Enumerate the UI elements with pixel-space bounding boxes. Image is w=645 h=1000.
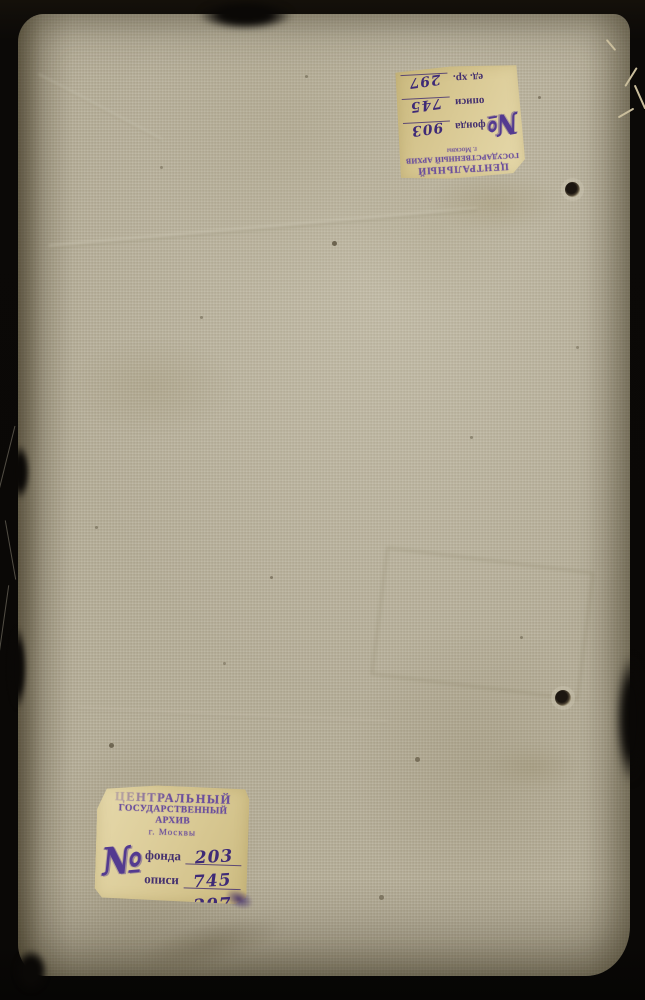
field-label: описи: [144, 871, 179, 888]
worm-hole: [565, 182, 580, 197]
frayed-thread: [624, 67, 637, 87]
numero-sign: №: [100, 839, 145, 881]
crease-mark: [49, 207, 478, 248]
handwritten-value: 903: [409, 118, 443, 138]
ink-blot: [222, 885, 257, 914]
dirt-specks: [18, 14, 21, 17]
field-label: ед. хр.: [143, 895, 179, 912]
field-underline: 297: [400, 72, 448, 93]
photo-stage: ЦЕНТРАЛЬНЫЙ ГОСУДАРСТВЕННЫЙ АРХИВ г. Мос…: [0, 0, 645, 1000]
label-body: № фонда 903 описи 745 ед. хр. 297: [400, 69, 519, 147]
archive-stamp: ЦЕНТРАЛЬНЫЙ ГОСУДАРСТВЕННЫЙ АРХИВ г. Мос…: [102, 789, 243, 840]
edge-wear: [9, 626, 27, 710]
label-body: № фонда 203 описи 745 ед. хр. 297: [100, 837, 242, 913]
archive-label-top: ЦЕНТРАЛЬНЫЙ ГОСУДАРСТВЕННЫЙ АРХИВ г. Мос…: [395, 63, 526, 181]
edge-wear: [616, 654, 645, 784]
archive-label-bottom: ЦЕНТРАЛЬНЫЙ ГОСУДАРСТВЕННЫЙ АРХИВ г. Мос…: [94, 784, 250, 905]
edge-wear: [198, 0, 293, 30]
cloth-stain: [73, 339, 233, 434]
frayed-thread: [618, 108, 635, 119]
frayed-thread: [634, 85, 645, 110]
field-row: описи 745: [402, 95, 486, 123]
stray-fiber: [0, 585, 9, 659]
field-rows: фонда 903 описи 745 ед. хр. 297: [400, 71, 486, 147]
edge-wear: [10, 444, 30, 500]
edge-wear: [14, 949, 48, 993]
frayed-thread: [606, 39, 617, 51]
worm-hole: [555, 690, 571, 706]
field-row: описи 745: [144, 863, 241, 890]
book-cover: ЦЕНТРАЛЬНЫЙ ГОСУДАРСТВЕННЫЙ АРХИВ г. Мос…: [18, 14, 630, 976]
field-underline: 903: [403, 120, 451, 141]
field-row: ед. хр. 297: [400, 71, 484, 99]
field-row: фонда 203: [145, 839, 242, 866]
field-label: описи: [455, 95, 485, 109]
numero-sign: №: [484, 107, 520, 141]
pressed-rectangle-mark: [371, 547, 594, 701]
archive-stamp: ЦЕНТРАЛЬНЫЙ ГОСУДАРСТВЕННЫЙ АРХИВ г. Мос…: [404, 143, 520, 177]
cloth-stain: [488, 744, 578, 790]
field-label: ед. хр.: [453, 71, 484, 85]
field-row: фонда 903: [403, 119, 487, 147]
field-label: фонда: [455, 119, 486, 133]
handwritten-value: 745: [409, 94, 443, 114]
crease-mark: [37, 73, 162, 141]
handwritten-value: 203: [194, 846, 234, 868]
cloth-stain: [430, 172, 560, 232]
handwritten-value: 297: [407, 71, 441, 91]
field-underline: 745: [402, 96, 451, 117]
field-underline: 203: [186, 843, 242, 866]
stray-fiber: [5, 520, 16, 579]
crease-mark: [78, 707, 388, 724]
cloth-stain: [133, 905, 289, 984]
field-label: фонда: [145, 847, 182, 864]
